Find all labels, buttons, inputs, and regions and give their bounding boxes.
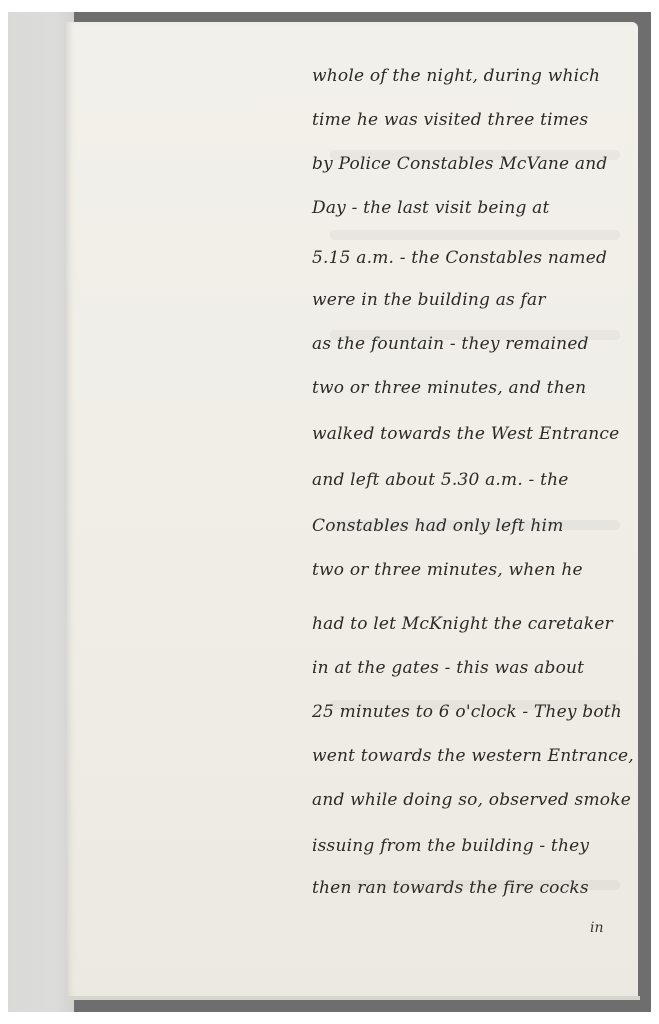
text-line-6: were in the building as far [312, 290, 546, 310]
text-line-12: two or three minutes, when he [312, 560, 583, 580]
left-page-edge [8, 12, 74, 1012]
text-line-4: Day - the last visit being at [312, 198, 550, 218]
page-bottom-edge [66, 996, 640, 1000]
text-line-19: then ran towards the fire cocks [312, 878, 589, 898]
text-line-5: 5.15 a.m. - the Constables named [312, 248, 607, 268]
text-line-3: by Police Constables McVane and [312, 154, 607, 174]
text-line-2: time he was visited three times [312, 110, 588, 130]
text-line-9: walked towards the West Entrance [312, 424, 619, 444]
text-line-15: 25 minutes to 6 o'clock - They both [312, 702, 622, 722]
text-line-7: as the fountain - they remained [312, 334, 589, 354]
text-line-8: two or three minutes, and then [312, 378, 586, 398]
text-line-18: issuing from the building - they [312, 836, 589, 856]
text-line-1: whole of the night, during which [312, 66, 600, 86]
text-line-13: had to let McKnight the caretaker [312, 614, 613, 634]
text-line-16: went towards the western Entrance, [312, 746, 634, 766]
text-line-11: Constables had only left him [312, 516, 564, 536]
text-line-14: in at the gates - this was about [312, 658, 584, 678]
catchword: in [590, 920, 604, 936]
text-line-17: and while doing so, observed smoke [312, 790, 631, 810]
ink-bleed-through [330, 230, 620, 240]
text-line-10: and left about 5.30 a.m. - the [312, 470, 569, 490]
